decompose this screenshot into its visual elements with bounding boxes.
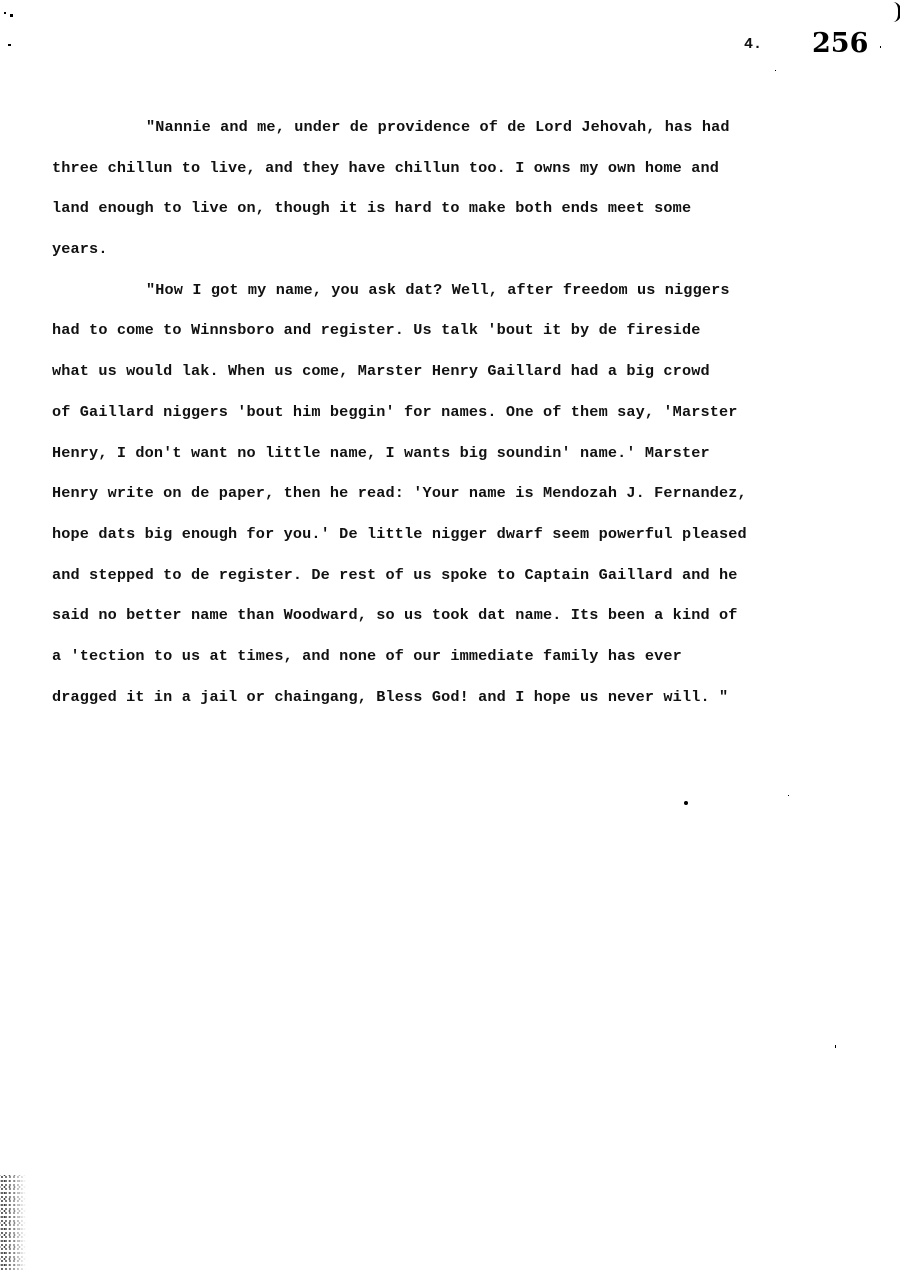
scan-speck — [684, 801, 688, 805]
text-line: dragged it in a jail or chaingang, Bless… — [52, 686, 832, 727]
text-line: a 'tection to us at times, and none of o… — [52, 645, 832, 686]
section-number: 4. — [744, 36, 762, 53]
scan-speck — [8, 44, 11, 46]
text-line: land enough to live on, though it is har… — [52, 197, 832, 238]
scan-speck — [775, 70, 776, 71]
text-line: three chillun to live, and they have chi… — [52, 157, 832, 198]
text-line: had to come to Winnsboro and register. U… — [52, 319, 832, 360]
scan-speck — [788, 795, 789, 796]
text-line: of Gaillard niggers 'bout him beggin' fo… — [52, 401, 832, 442]
scan-speck — [4, 12, 6, 14]
scan-noise-corner — [0, 1175, 26, 1270]
scan-edge-mark — [893, 2, 900, 22]
text-line: hope dats big enough for you.' De little… — [52, 523, 832, 564]
text-line: said no better name than Woodward, so us… — [52, 604, 832, 645]
text-line: "How I got my name, you ask dat? Well, a… — [52, 279, 832, 320]
typewritten-body: "Nannie and me, under de providence of d… — [52, 116, 832, 726]
scan-speck — [835, 1045, 836, 1048]
page-number: 256 — [812, 28, 868, 59]
text-line: years. — [52, 238, 832, 279]
scan-speck — [10, 14, 13, 17]
text-line: "Nannie and me, under de providence of d… — [52, 116, 832, 157]
text-line: what us would lak. When us come, Marster… — [52, 360, 832, 401]
text-line: Henry write on de paper, then he read: '… — [52, 482, 832, 523]
scan-speck — [880, 46, 881, 48]
text-line: Henry, I don't want no little name, I wa… — [52, 442, 832, 483]
text-line: and stepped to de register. De rest of u… — [52, 564, 832, 605]
scanned-document-page: 4. 256 "Nannie and me, under de providen… — [0, 0, 900, 1270]
